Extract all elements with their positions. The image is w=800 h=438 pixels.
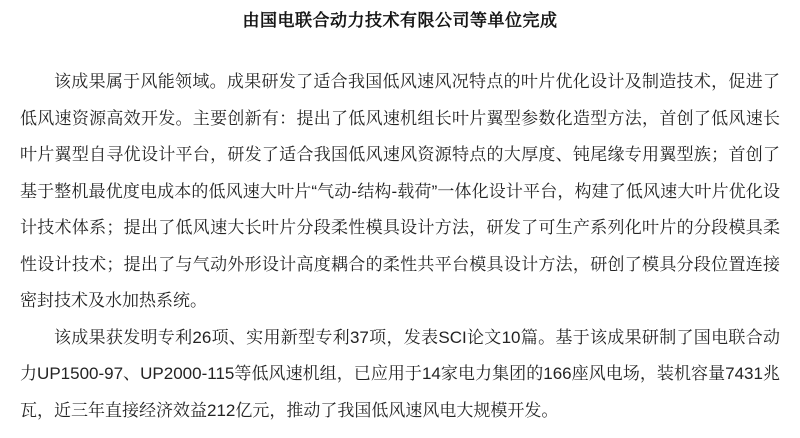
document-title: 由国电联合动力技术有限公司等单位完成 [20,8,780,34]
paragraph-results-application: 该成果获发明专利26项、实用新型专利37项，发表SCI论文10篇。基于该成果研制… [20,320,780,430]
document-page: 由国电联合动力技术有限公司等单位完成 该成果属于风能领域。成果研发了适合我国低风… [0,0,800,438]
paragraph-achievement-overview: 该成果属于风能领域。成果研发了适合我国低风速风况特点的叶片优化设计及制造技术，促… [20,64,780,320]
